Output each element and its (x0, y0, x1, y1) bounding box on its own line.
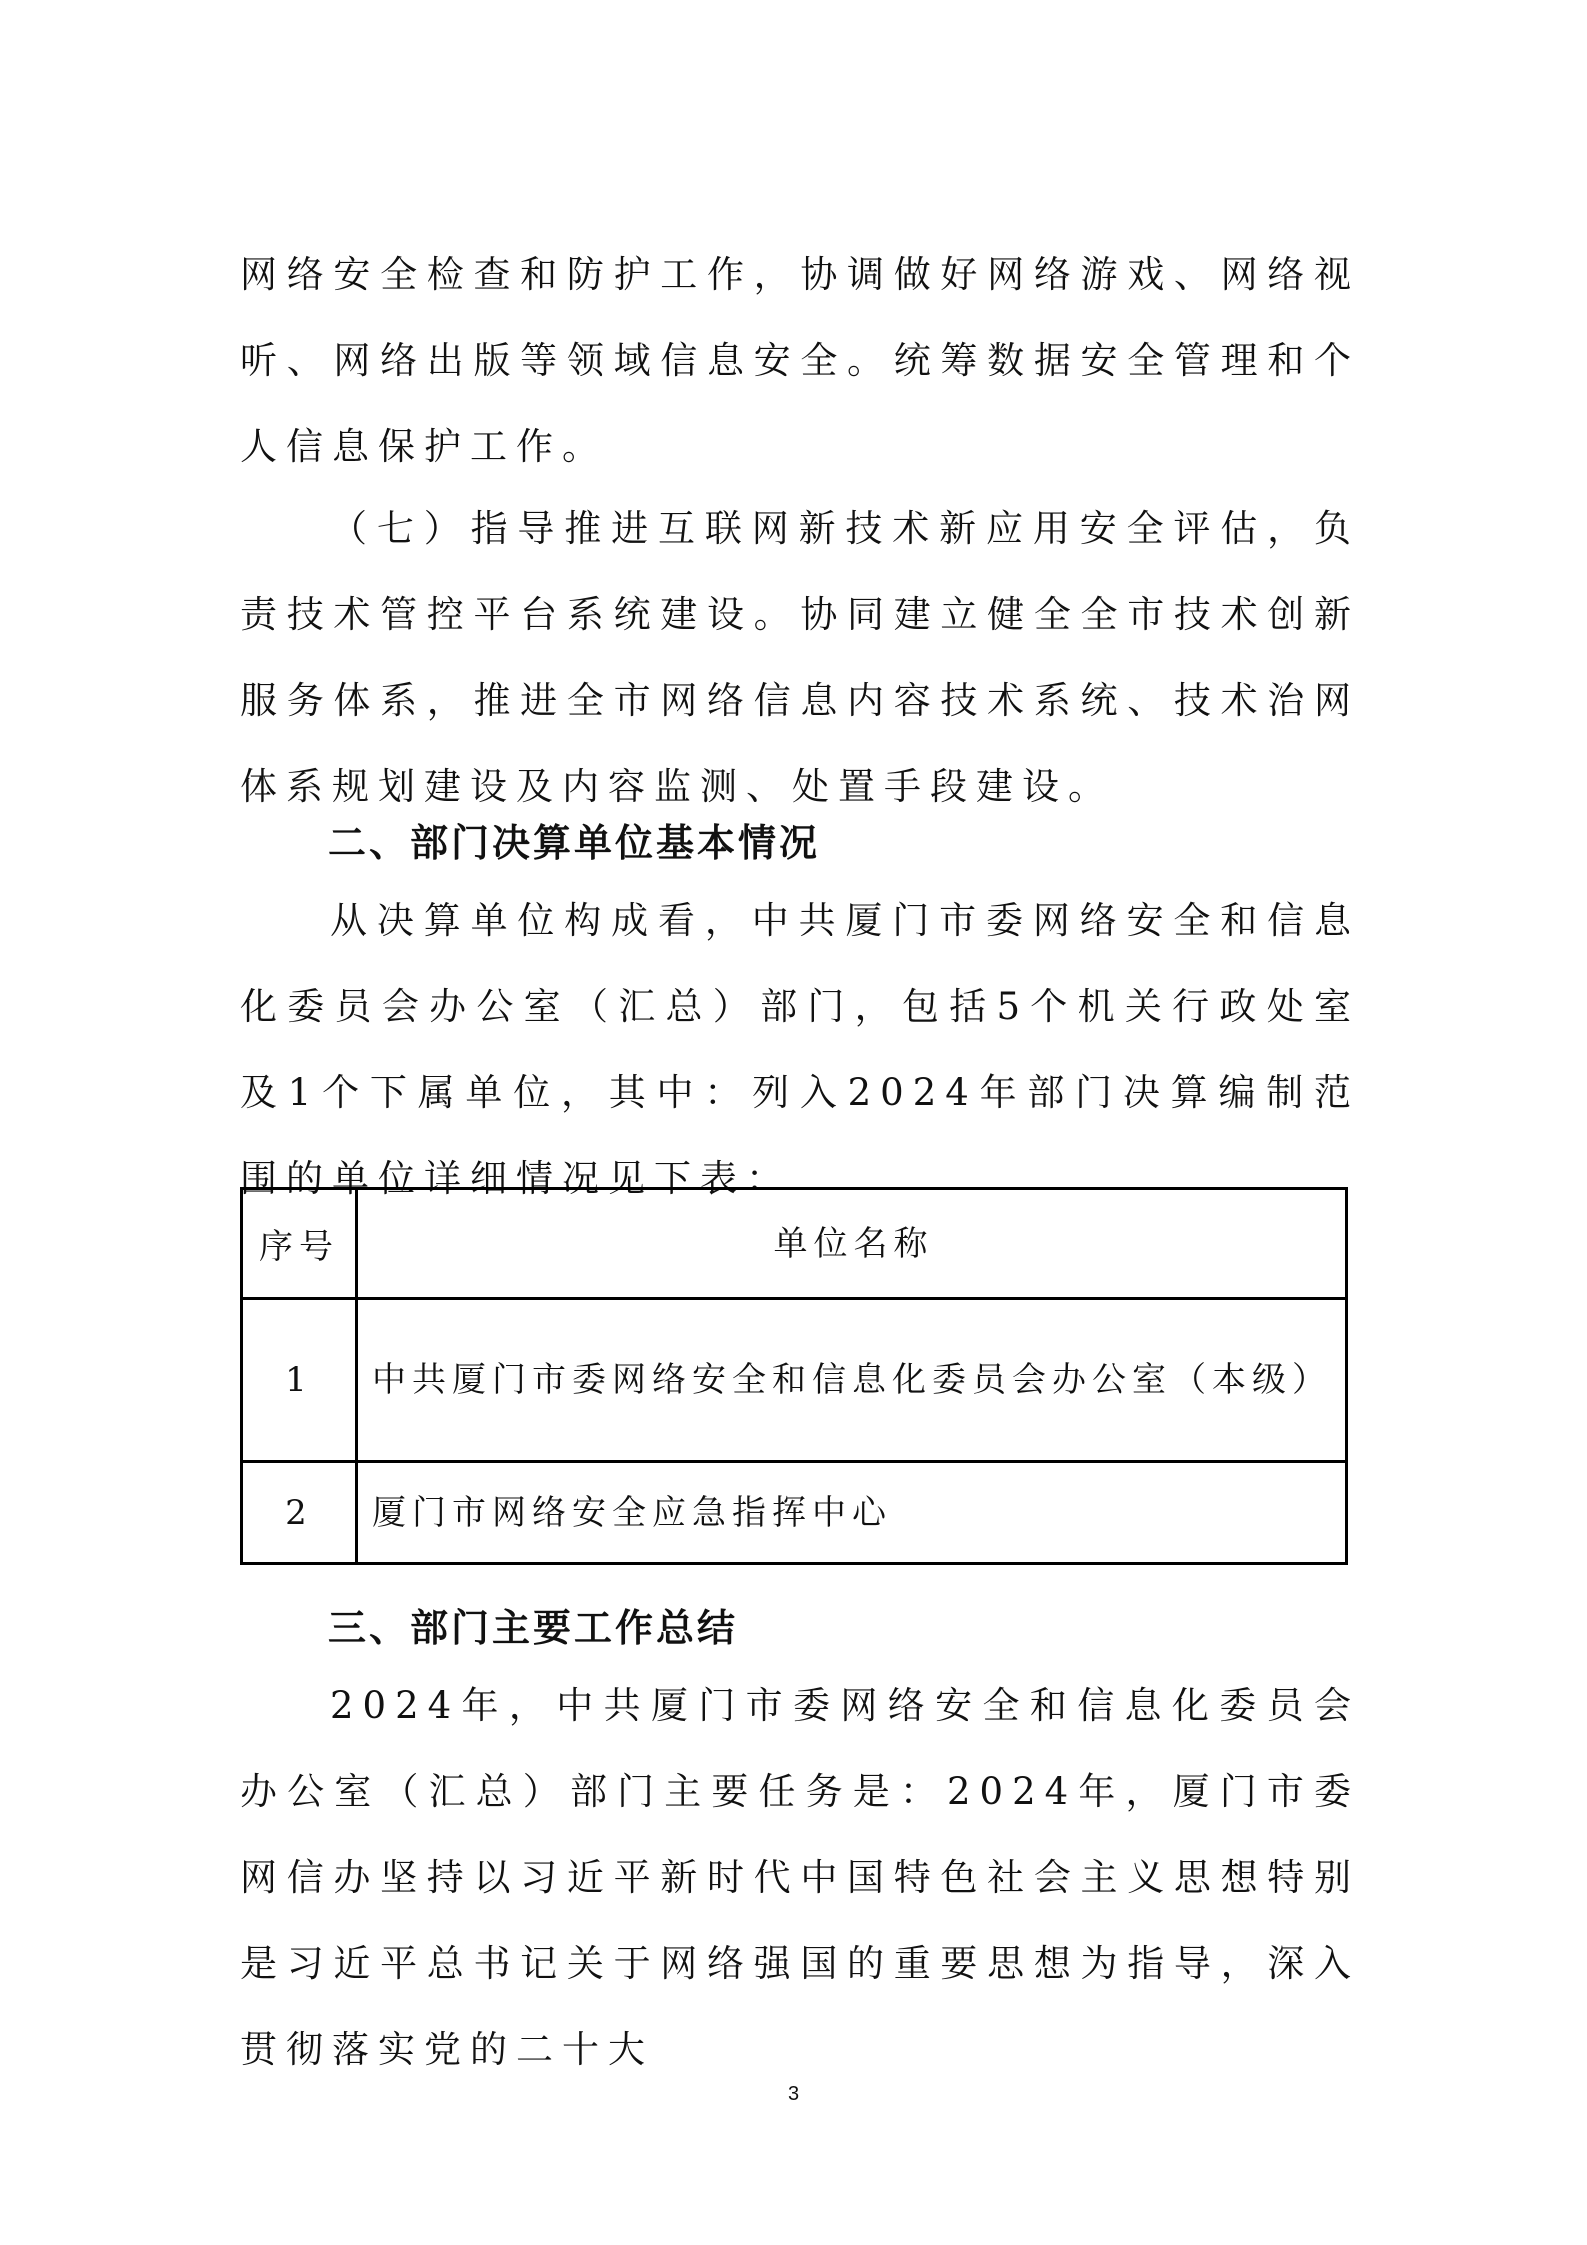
cell-serial-number: 2 (242, 1462, 357, 1564)
header-serial-number: 序号 (242, 1189, 357, 1299)
cell-unit-name: 厦门市网络安全应急指挥中心 (357, 1462, 1347, 1564)
page-number: 3 (0, 2083, 1587, 2106)
paragraph-item-seven: （七）指导推进互联网新技术新应用安全评估，负责技术管控平台系统建设。协同建立健全… (240, 486, 1360, 830)
units-table: 序号 单位名称 1 中共厦门市委网络安全和信息化委员会办公室（本级） 2 厦门市… (240, 1187, 1348, 1565)
table-row: 1 中共厦门市委网络安全和信息化委员会办公室（本级） (242, 1299, 1347, 1462)
paragraph-main-tasks: 2024年，中共厦门市委网络安全和信息化委员会办公室（汇总）部门主要任务是：20… (240, 1663, 1360, 2093)
section-heading-work-summary: 三、部门主要工作总结 (328, 1597, 738, 1652)
cell-serial-number: 1 (242, 1299, 357, 1462)
table-row: 2 厦门市网络安全应急指挥中心 (242, 1462, 1347, 1564)
header-unit-name: 单位名称 (357, 1189, 1347, 1299)
paragraph-security-protection: 网络安全检查和防护工作，协调做好网络游戏、网络视听、网络出版等领域信息安全。统筹… (240, 232, 1360, 490)
cell-unit-name: 中共厦门市委网络安全和信息化委员会办公室（本级） (357, 1299, 1347, 1462)
section-heading-units: 二、部门决算单位基本情况 (328, 812, 820, 867)
table-header-row: 序号 单位名称 (242, 1189, 1347, 1299)
paragraph-unit-composition: 从决算单位构成看，中共厦门市委网络安全和信息化委员会办公室（汇总）部门，包括5个… (240, 878, 1360, 1222)
